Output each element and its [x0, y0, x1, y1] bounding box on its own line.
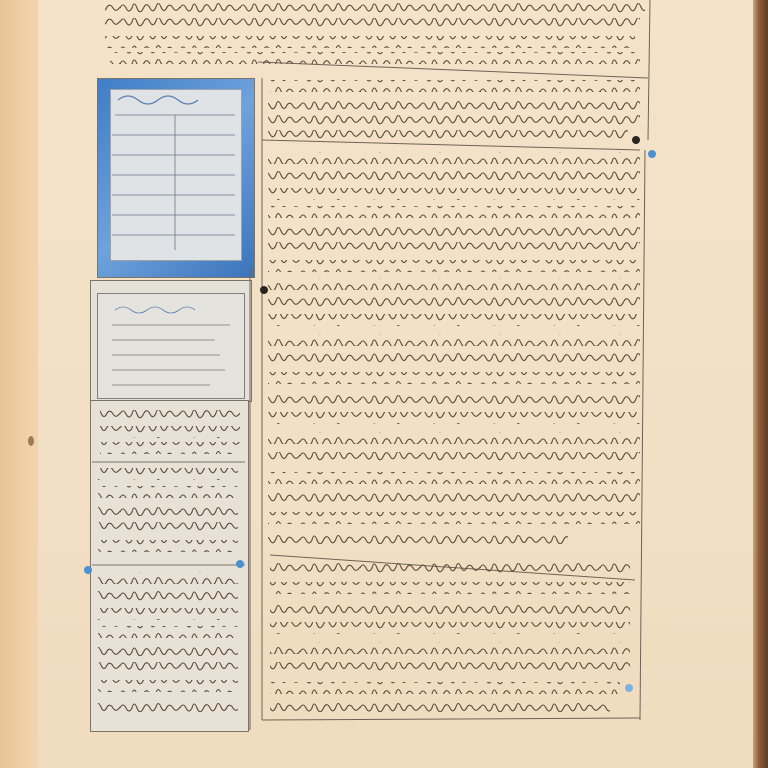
- blue-pin: [648, 150, 656, 158]
- notebook-photo: (illegible) (illegible) (illegible) (ill…: [0, 0, 768, 768]
- main-column-lines: [268, 80, 640, 544]
- header-text-lines: [105, 2, 645, 64]
- paper-stain: [28, 436, 34, 446]
- blue-pin: [236, 560, 244, 568]
- lower-box-lines: [270, 562, 630, 712]
- black-pin: [632, 136, 640, 144]
- handwriting-ink: [0, 0, 768, 768]
- black-pin: [260, 286, 268, 294]
- blue-pin: [84, 566, 92, 574]
- blue-pin: [625, 684, 633, 692]
